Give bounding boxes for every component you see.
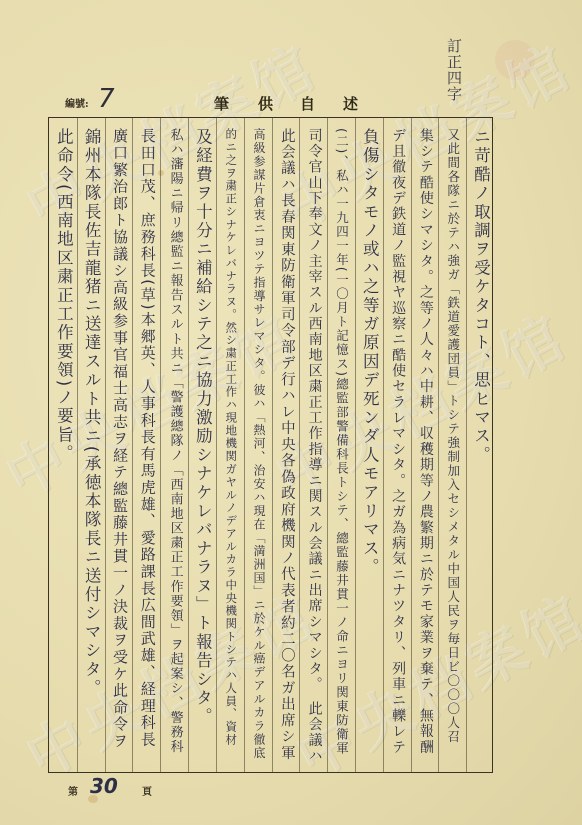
- number-value: 7: [98, 84, 115, 114]
- title-char: 述: [343, 93, 358, 114]
- page-number: 30: [90, 774, 118, 798]
- page-suffix: 頁: [142, 783, 152, 798]
- text-line: ニ苛酷ノ取調ヲ受ケタコト、思ヒマス。: [467, 128, 495, 465]
- text-line: 又此間各隊ニ於テハ強ガ「鉄道愛護団員」トシテ強制加入セシメタル中国人民ヲ毎日ビ〇…: [439, 128, 467, 744]
- title-char: 筆: [214, 93, 229, 114]
- title-char: 供: [258, 93, 273, 114]
- text-line: 廣口繁治郎ト協議シ高級参事官福士高志ヲ経テ總監藤井貫一ノ決裁ヲ受ケ此命令ヲ: [105, 128, 133, 750]
- text-line: 長田口茂、庶務科長(草)本郷英、人事科長有馬虎雄、愛路課長広間武雄、経理科長: [133, 128, 161, 748]
- text-line: 私ハ瀋陽ニ帰リ總監ニ報告スルト共ニ「警護總隊ノ「西南地区粛正工作要領」ヲ起案シ、…: [161, 128, 189, 754]
- ruled-writing-frame: ニ苛酷ノ取調ヲ受ケタコト、思ヒマス。又此間各隊ニ於テハ強ガ「鉄道愛護団員」トシテ…: [48, 117, 493, 773]
- text-line: 負傷シタモノ或ハ之等ガ原因デ死ンダ人モアリマス。: [355, 128, 383, 577]
- text-line: 及経費ヲ十分ニ補給シテ之ニ協力激励シナケレバナラヌ」ト報告シタ。: [189, 128, 217, 726]
- text-line: 錦州本隊長佐吉龍猪ニ送達スルト共ニ(承徳本隊長ニ送付シマシタ。: [77, 128, 105, 698]
- text-line: 此会議ハ長春関東防衛軍司令部デ行ハレ中央各偽政府機関ノ代表者約二〇名ガ出席シ軍: [272, 128, 300, 761]
- text-line: デ且徹夜デ鉄道ノ監視ヤ巡察ニ酷使セラレマシタ。之ガ為病気ニナツタリ、列車ニ轢レテ: [383, 128, 411, 755]
- document-page: 中央档案馆 中央档案馆 中央档案馆 中央档案馆 中央档案馆 中央档案馆 訂正四字…: [0, 0, 582, 825]
- number-label: 編號:: [65, 95, 89, 110]
- text-line: 的ニ之ヲ粛正シナケレバナラヌ。然シ粛正工作ハ現地機関ガヤルノデアルカラ中央機関ト…: [216, 128, 244, 746]
- faded-red-stamp: [495, 40, 535, 80]
- text-line: 司令官山下奉文ノ主宰スル西南地区粛正工作指導ニ関スル会議ニ出席シマシタ。 此会議…: [300, 128, 328, 764]
- page-prefix: 第: [68, 783, 78, 798]
- correction-margin-note: 訂正四字: [444, 38, 465, 102]
- text-line: 高級参謀片倉衷ニヨツテ指導サレマシタ。彼ハ「熱河、治安ハ現在「満洲国」ニ於ケル癌…: [244, 128, 272, 760]
- text-line: 集シテ酷使シマシタ。之等ノ人々ハ中耕、収穫期等ノ農繁期ニ於テモ家業ヲ棄テ、無報酬: [411, 128, 439, 755]
- text-line: 此命令(西南地区粛正工作要領)ノ要旨。: [50, 128, 78, 463]
- text-line: (二)、私ハ一九四一年(一〇月ト記憶ス)總監部警備科長トシテ、總監藤井貫一ノ命ニ…: [328, 128, 356, 756]
- title-char: 自: [300, 93, 315, 114]
